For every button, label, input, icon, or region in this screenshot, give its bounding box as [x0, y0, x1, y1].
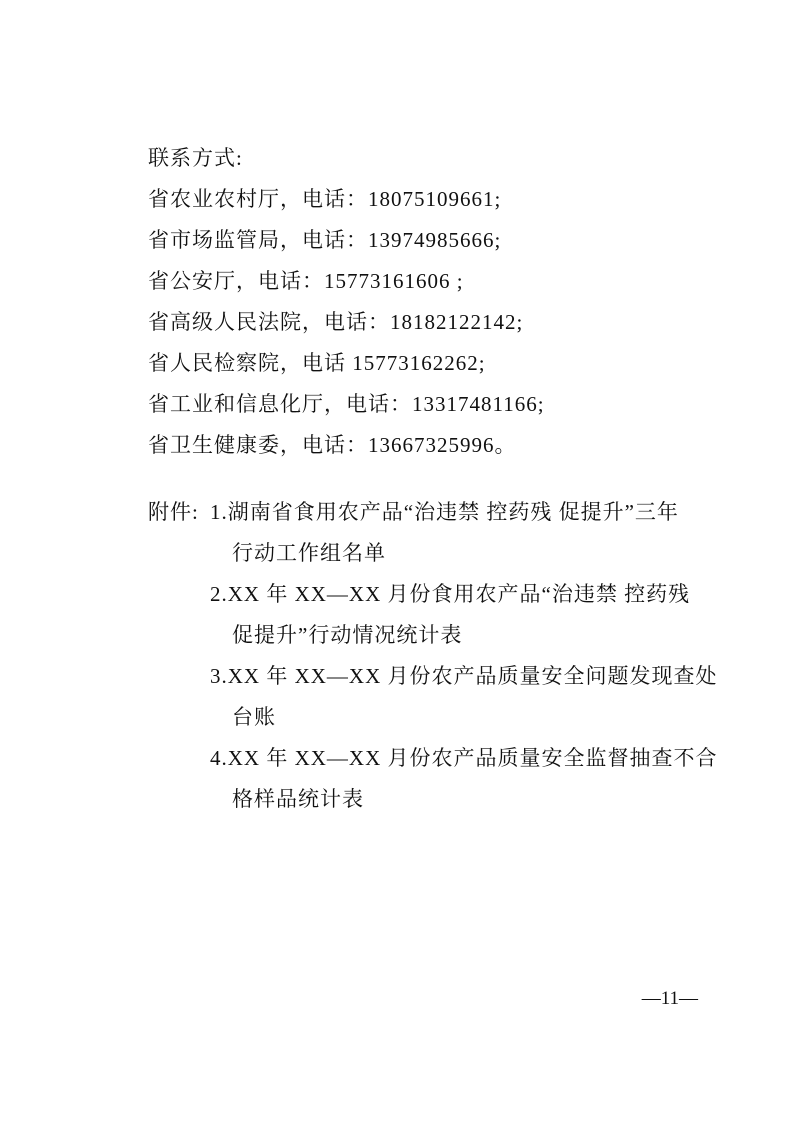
- contact-line: 省工业和信息化厅，电话：13317481166;: [148, 384, 708, 425]
- contact-heading: 联系方式:: [148, 138, 708, 179]
- attachment-item-line: 3.XX 年 XX—XX 月份农产品质量安全问题发现查处: [210, 656, 708, 697]
- contact-line: 省农业农村厅，电话：18075109661;: [148, 179, 708, 220]
- contact-line: 省公安厅，电话：15773161606 ;: [148, 261, 708, 302]
- contact-line: 省卫生健康委，电话：13667325996。: [148, 425, 708, 466]
- attachment-item: 4.XX 年 XX—XX 月份农产品质量安全监督抽查不合 格样品统计表: [210, 738, 708, 820]
- attachment-item-line: 台账: [232, 697, 708, 738]
- attachment-item: 2.XX 年 XX—XX 月份食用农产品“治违禁 控药残 促提升”行动情况统计表: [210, 574, 708, 656]
- attachment-item-line: 4.XX 年 XX—XX 月份农产品质量安全监督抽查不合: [210, 738, 708, 779]
- contact-line: 省高级人民法院，电话：18182122142;: [148, 302, 708, 343]
- attachment-item: 1.湖南省食用农产品“治违禁 控药残 促提升”三年 行动工作组名单: [210, 492, 708, 574]
- contact-line: 省人民检察院，电话 15773162262;: [148, 343, 708, 384]
- document-body: 联系方式: 省农业农村厅，电话：18075109661; 省市场监管局，电话：1…: [148, 138, 708, 820]
- attachment-item-line: 2.XX 年 XX—XX 月份食用农产品“治违禁 控药残: [210, 574, 708, 615]
- attachments-label: 附件:: [148, 492, 199, 533]
- attachment-item-line: 1.湖南省食用农产品“治违禁 控药残 促提升”三年: [210, 492, 708, 533]
- page-number: —11—: [642, 988, 698, 1010]
- attachment-item-line: 行动工作组名单: [232, 533, 708, 574]
- contact-section: 联系方式: 省农业农村厅，电话：18075109661; 省市场监管局，电话：1…: [148, 138, 708, 466]
- attachments-section: 附件: 1.湖南省食用农产品“治违禁 控药残 促提升”三年 行动工作组名单 2.…: [148, 492, 708, 820]
- document-page: 联系方式: 省农业农村厅，电话：18075109661; 省市场监管局，电话：1…: [0, 0, 793, 1122]
- contact-line: 省市场监管局，电话：13974985666;: [148, 220, 708, 261]
- attachments-list: 1.湖南省食用农产品“治违禁 控药残 促提升”三年 行动工作组名单 2.XX 年…: [210, 492, 708, 820]
- attachment-item-line: 格样品统计表: [232, 779, 708, 820]
- attachment-item-line: 促提升”行动情况统计表: [232, 615, 708, 656]
- attachment-item: 3.XX 年 XX—XX 月份农产品质量安全问题发现查处 台账: [210, 656, 708, 738]
